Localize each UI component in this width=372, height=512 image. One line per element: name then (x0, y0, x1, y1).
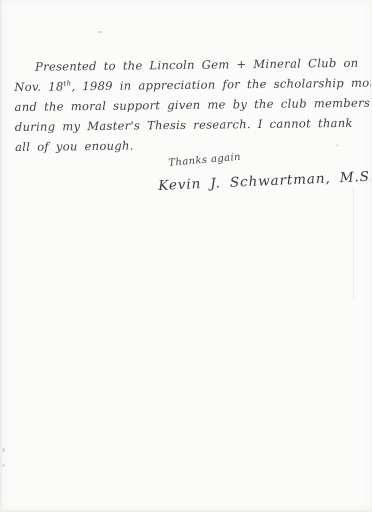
scan-speck (336, 144, 339, 147)
note-line-2-rest: , 1989 in appreciation for the scholarsh… (71, 75, 372, 93)
note-date-prefix: Nov. 18 (14, 79, 63, 94)
scanned-note-page: Presented to the Lincoln Gem + Mineral C… (0, 0, 372, 512)
scan-speck (2, 464, 5, 467)
scan-speck (2, 448, 5, 452)
signature: Kevin J. Schwartman, M.S. (158, 169, 372, 194)
note-line-4: during my Master's Thesis research. I ca… (15, 113, 361, 137)
scan-speck (98, 31, 102, 33)
note-body: Presented to the Lincoln Gem + Mineral C… (14, 53, 361, 157)
note-date-ordinal: th (63, 79, 71, 87)
note-line-5: all of you enough. (15, 133, 361, 157)
paper-fold-line (353, 188, 354, 298)
